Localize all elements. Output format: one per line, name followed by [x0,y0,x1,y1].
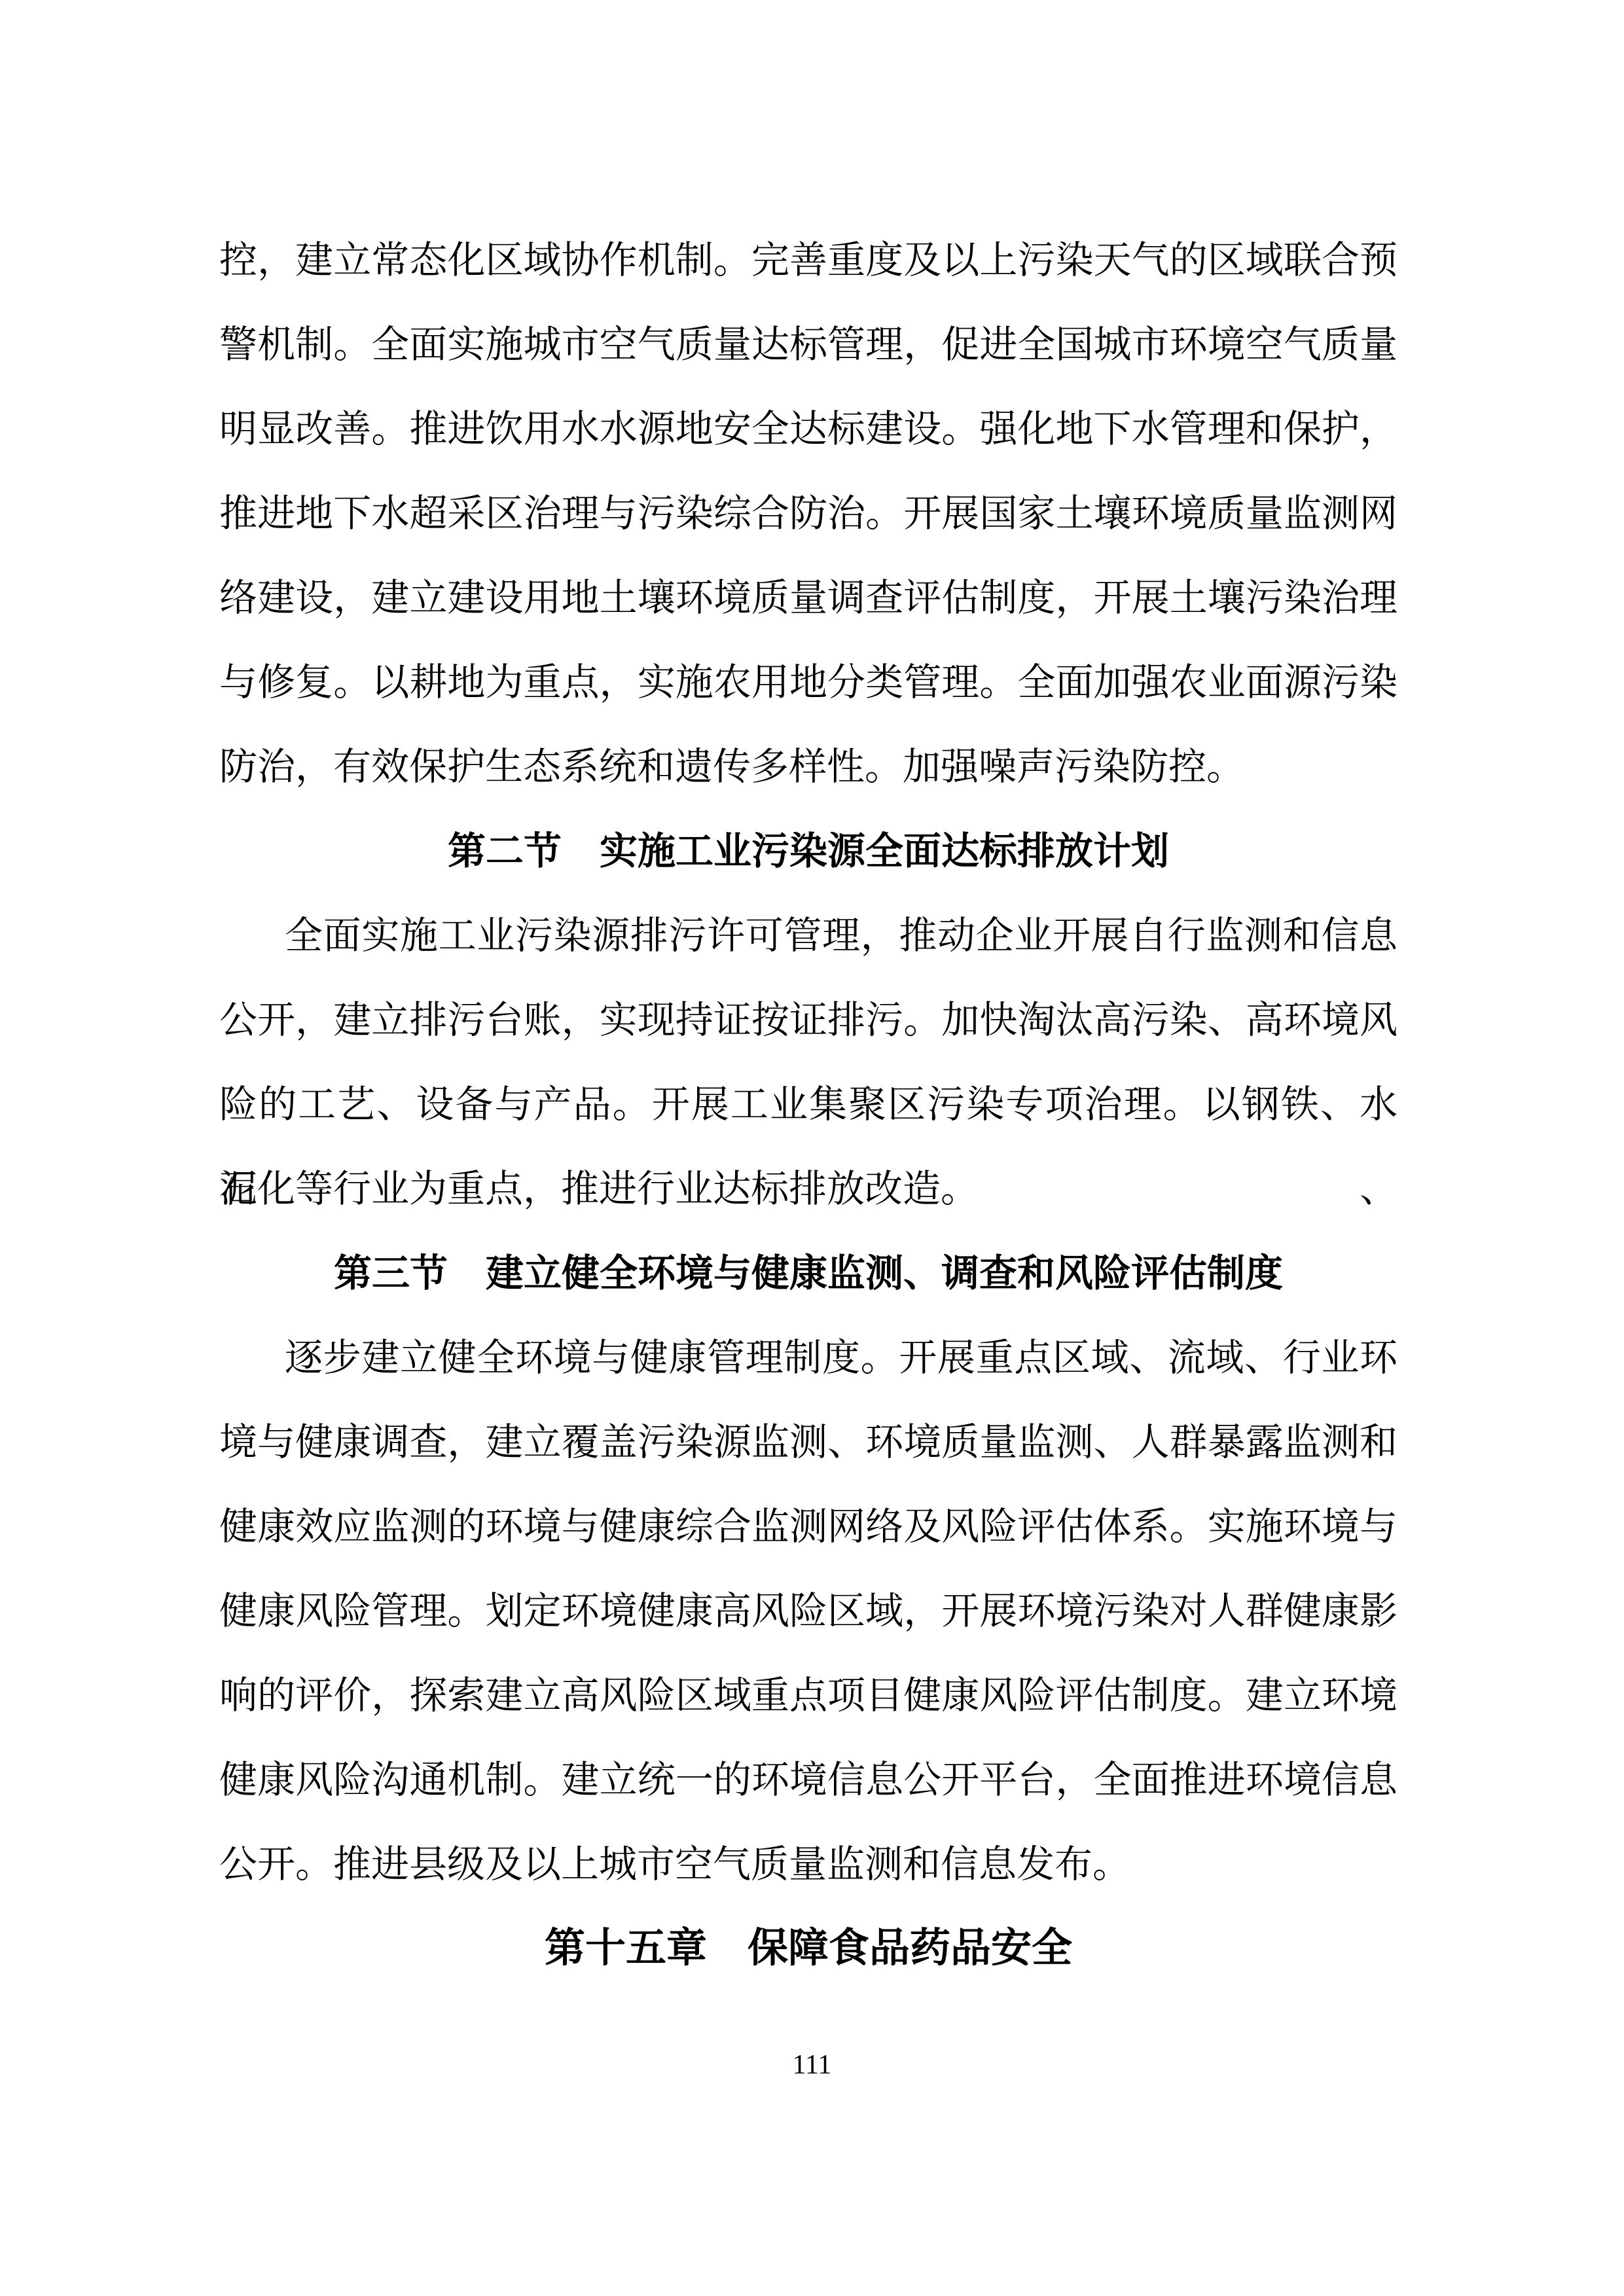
body-line: 警机制。全面实施城市空气质量达标管理，促进全国城市环境空气质量 [219,302,1398,387]
body-line: 络建设，建立建设用地土壤环境质量调查评估制度，开展土壤污染治理 [219,556,1398,640]
body-line: 健康风险沟通机制。建立统一的环境信息公开平台，全面推进环境信息 [219,1738,1398,1822]
section-heading: 第二节 实施工业污染源全面达标排放计划 [219,809,1398,893]
body-line: 推进地下水超采区治理与污染综合防治。开展国家土壤环境质量监测网 [219,471,1398,556]
document-body: 控，建立常态化区域协作机制。完善重度及以上污染天气的区域联合预 警机制。全面实施… [219,218,1398,1991]
body-line: 公开。推进县级及以上城市空气质量监测和信息发布。 [219,1822,1398,1907]
body-line: 与修复。以耕地为重点，实施农用地分类管理。全面加强农业面源污染 [219,640,1398,725]
body-line: 防治，有效保护生态系统和遗传多样性。加强噪声污染防控。 [219,725,1398,809]
body-line: 公开，建立排污台账，实现持证按证排污。加快淘汰高污染、高环境风 [219,978,1398,1062]
body-line: 健康风险管理。划定环境健康高风险区域，开展环境污染对人群健康影 [219,1569,1398,1653]
body-line: 健康效应监测的环境与健康综合监测网络及风险评估体系。实施环境与 [219,1484,1398,1569]
body-line: 明显改善。推进饮用水水源地安全达标建设。强化地下水管理和保护， [219,387,1398,471]
body-line: 全面实施工业污染源排污许可管理，推动企业开展自行监测和信息 [219,893,1398,978]
body-line: 境与健康调查，建立覆盖污染源监测、环境质量监测、人群暴露监测和 [219,1400,1398,1484]
body-line: 逐步建立健全环境与健康管理制度。开展重点区域、流域、行业环 [219,1316,1398,1400]
document-page: 控，建立常态化区域协作机制。完善重度及以上污染天气的区域联合预 警机制。全面实施… [0,0,1624,2296]
chapter-heading: 第十五章 保障食品药品安全 [219,1907,1398,1991]
body-line: 响的评价，探索建立高风险区域重点项目健康风险评估制度。建立环境 [219,1653,1398,1738]
body-line: 控，建立常态化区域协作机制。完善重度及以上污染天气的区域联合预 [219,218,1398,302]
section-heading: 第三节 建立健全环境与健康监测、调查和风险评估制度 [219,1231,1398,1316]
body-line: 险的工艺、设备与产品。开展工业集聚区污染专项治理。以钢铁、水泥、 [219,1062,1398,1147]
page-number: 111 [0,2047,1624,2083]
